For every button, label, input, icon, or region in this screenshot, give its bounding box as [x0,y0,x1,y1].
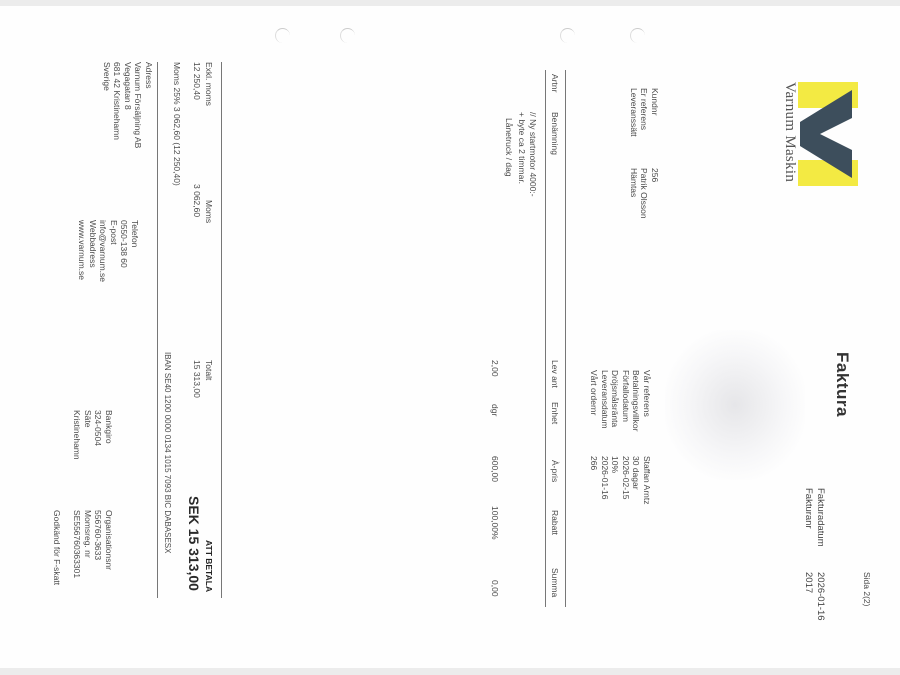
totals-top-rule [221,62,222,598]
bankgiro-number: 324-0504 [93,410,104,460]
phone-label: Telefon [130,220,141,282]
org-number-label: Organisationsnr [104,510,115,585]
line-note: + byte ca 2 timmar. [517,112,528,184]
line-note: // Ny startmotor 4000:- [528,112,539,197]
phone-number: 0550-138 60 [119,220,130,282]
delivery-method: Hämtas [629,168,640,219]
delivery-method-label: Leveranssätt [629,88,640,160]
invoice-terms: Vår referens Staffan Arntz Betalningsvil… [589,370,652,505]
vat-reg-label: Momsreg. nr [83,510,94,585]
document-title: Faktura [832,352,852,417]
col-header-unit-price: À-pris [550,460,561,482]
seat-city: Kristinehamn [72,410,83,460]
our-reference-label: Vår referens [642,370,653,448]
amount-due-label: ATT BETALA [204,540,215,592]
invoice-page: Varnum Maskin Faktura Sida 2(2) Fakturad… [0,0,900,675]
vat-reg-number: SE556760363301 [72,510,83,585]
late-interest-label: Dröjsmålsränta [610,370,621,448]
org-number: 556760-3633 [93,510,104,585]
your-reference: Patrik Olsson [639,168,650,219]
address-line: Sverige [102,62,113,148]
row-unit-price: 600,00 [490,456,501,482]
excl-vat-amount: 12 250,40 [192,62,203,100]
invoice-date: 2026-01-16 [815,572,827,621]
invoice-number: 2017 [803,572,815,593]
bankgiro-label: Bankgiro [104,410,115,460]
bank-details: IBAN SE40 1200 0000 0134 1015 7093 BIC D… [162,352,173,553]
col-header-artnr: Artnr [550,74,561,92]
amount-due: SEK 15 313,00 [186,496,202,591]
payment-terms-label: Betalningsvillkor [631,370,642,448]
payment-terms: 30 dagar [631,456,642,505]
address-line: Vegagatan 8 [123,62,134,148]
delivery-date-label: Leveransdatum [600,370,611,448]
late-interest: 10% [610,456,621,505]
vat-amount: 3 062,60 [192,184,203,217]
company-contact: Telefon 0550-138 60 E-post info@varnum.s… [77,220,140,282]
your-reference-label: Er referens [639,88,650,160]
scan-smudge [665,330,805,480]
varnum-logo-icon [798,82,858,186]
total-amount: 15 313,00 [192,360,203,398]
row-sum: 0,00 [490,580,501,597]
row-unit: dgr [490,404,501,416]
page-indicator: Sida 2(2) [862,572,873,607]
customer-info: Kundnr 256 Er referens Patrik Olsson Lev… [629,88,661,219]
row-description: Lånetruck / dag [504,118,515,177]
company-address: Adress Varnum Försäljning AB Vegagatan 8… [102,62,155,148]
hole-punch-mark [275,28,290,43]
email-address: info@varnum.se [98,220,109,282]
seat-label: Säte [83,410,94,460]
due-date: 2026-02-15 [621,456,632,505]
customer-number: 256 [650,168,661,219]
col-header-description: Benämning [550,112,561,155]
table-header-rule [545,70,546,607]
company-bank: Bankgiro 324-0504 Säte Kristinehamn [72,410,114,460]
email-label: E-post [109,220,120,282]
customer-number-label: Kundnr [650,88,661,160]
total-label: Totalt [204,360,215,380]
col-header-sum: Summa [550,568,561,597]
footer-top-rule [157,62,158,598]
col-header-unit: Enhet [550,402,561,424]
order-number-label: Vårt ordernr [589,370,600,448]
row-discount: 100,00% [490,506,501,540]
vat-label: Moms [204,200,215,223]
row-qty: 2,00 [490,360,501,377]
address-line: 681 42 Kristinehamn [112,62,123,148]
address-line: Varnum Försäljning AB [133,62,144,148]
vat-breakdown: Moms 25% 3 062,60 (12 250,40) [172,62,183,186]
company-name: Varnum Maskin [781,82,798,182]
web-address: www.varnum.se [77,220,88,282]
web-label: Webbadress [88,220,99,282]
delivery-date: 2026-01-16 [600,456,611,505]
invoice-number-label: Fakturanr [803,488,815,529]
col-header-discount: Rabatt [550,510,561,535]
address-label: Adress [144,62,155,148]
f-tax-approval: Godkänd för F-skatt [52,510,63,585]
col-header-qty: Lev ant [550,360,561,388]
company-registration: Organisationsnr 556760-3633 Momsreg. nr … [52,510,115,585]
due-date-label: Förfallodatum [621,370,632,448]
order-number: 266 [589,456,600,505]
hole-punch-mark [630,28,645,43]
our-reference: Staffan Arntz [642,456,653,505]
hole-punch-mark [340,28,355,43]
table-top-rule [565,70,566,607]
excl-vat-label: Exkl. moms [204,62,215,106]
hole-punch-mark [560,28,575,43]
invoice-date-label: Fakturadatum [815,488,827,547]
